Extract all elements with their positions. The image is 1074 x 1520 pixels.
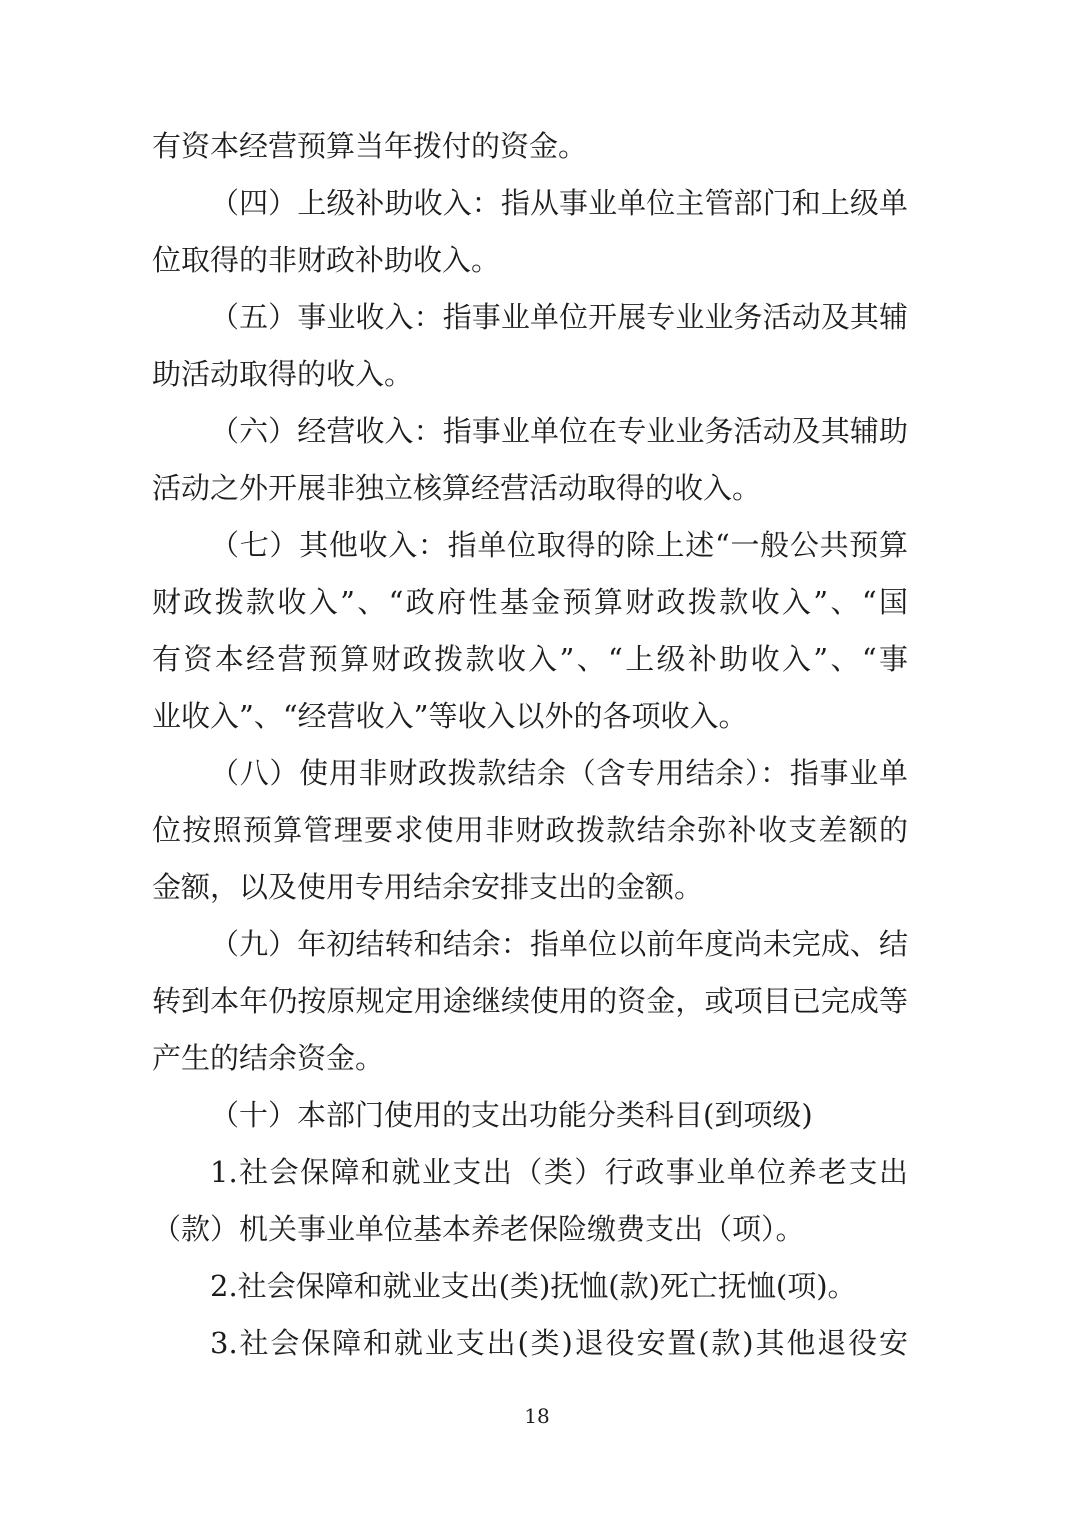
text-line: （款）机关事业单位基本养老保险缴费支出（项）。 — [152, 1201, 908, 1258]
text-line: 3.社会保障和就业支出(类)退役安置(款)其他退役安 — [152, 1315, 908, 1372]
text-line: （十）本部门使用的支出功能分类科目(到项级) — [152, 1087, 908, 1144]
text-line: （七）其他收入：指单位取得的除上述“一般公共预算 — [152, 517, 908, 574]
text-line: （八）使用非财政拨款结余（含专用结余）：指事业单 — [152, 745, 908, 802]
page-number: 18 — [0, 1402, 1074, 1430]
document-page: 有资本经营预算当年拨付的资金。 （四）上级补助收入：指从事业单位主管部门和上级单… — [0, 0, 1074, 1520]
text-line: 助活动取得的收入。 — [152, 346, 908, 403]
text-line: （九）年初结转和结余：指单位以前年度尚未完成、结 — [152, 916, 908, 973]
text-line: （四）上级补助收入：指从事业单位主管部门和上级单 — [152, 175, 908, 232]
text-line: 财政拨款收入”、“政府性基金预算财政拨款收入”、“国 — [152, 574, 908, 631]
text-line: 业收入”、“经营收入”等收入以外的各项收入。 — [152, 688, 908, 745]
text-line: 有资本经营预算当年拨付的资金。 — [152, 118, 908, 175]
text-block: 有资本经营预算当年拨付的资金。 （四）上级补助收入：指从事业单位主管部门和上级单… — [152, 118, 908, 1372]
text-line: 产生的结余资金。 — [152, 1030, 908, 1087]
text-line: 金额，以及使用专用结余安排支出的金额。 — [152, 859, 908, 916]
text-line: 位按照预算管理要求使用非财政拨款结余弥补收支差额的 — [152, 802, 908, 859]
text-line: 转到本年仍按原规定用途继续使用的资金，或项目已完成等 — [152, 973, 908, 1030]
text-line: 位取得的非财政补助收入。 — [152, 232, 908, 289]
text-line: 活动之外开展非独立核算经营活动取得的收入。 — [152, 460, 908, 517]
text-line: 有资本经营预算财政拨款收入”、“上级补助收入”、“事 — [152, 631, 908, 688]
text-line: （六）经营收入：指事业单位在专业业务活动及其辅助 — [152, 403, 908, 460]
text-line: （五）事业收入：指事业单位开展专业业务活动及其辅 — [152, 289, 908, 346]
text-line: 1.社会保障和就业支出（类）行政事业单位养老支出 — [152, 1144, 908, 1201]
text-line: 2.社会保障和就业支出(类)抚恤(款)死亡抚恤(项)。 — [152, 1258, 908, 1315]
